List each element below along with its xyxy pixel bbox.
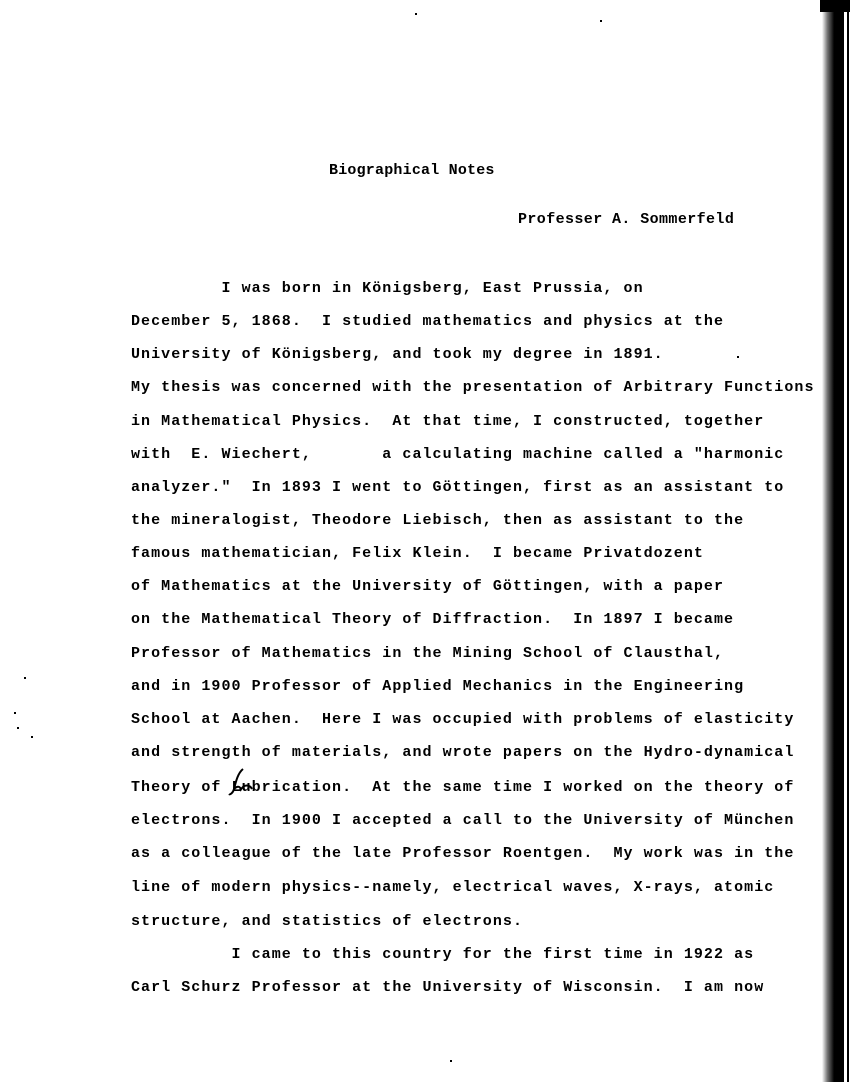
text-line: December 5, 1868. I studied mathematics … xyxy=(131,313,724,331)
text-line: famous mathematician, Felix Klein. I bec… xyxy=(131,545,704,563)
handwritten-correction: Lub xyxy=(232,779,262,797)
scan-speck xyxy=(24,677,26,679)
text-line: and in 1900 Professor of Applied Mechani… xyxy=(131,678,744,696)
document-title: Biographical Notes xyxy=(329,162,495,179)
scan-edge-rule xyxy=(847,0,849,1082)
document-author: Professer A. Sommerfeld xyxy=(518,211,734,228)
scan-speck xyxy=(17,727,19,729)
text-line: the mineralogist, Theodore Liebisch, the… xyxy=(131,512,744,530)
text-line: on the Mathematical Theory of Diffractio… xyxy=(131,611,734,629)
text-line: electrons. In 1900 I accepted a call to … xyxy=(131,812,794,830)
text-line: as a colleague of the late Professor Roe… xyxy=(131,845,794,863)
text-line: structure, and statistics of electrons. xyxy=(131,913,523,931)
scan-edge-top xyxy=(820,0,850,12)
handwritten-ink-icon xyxy=(228,767,254,797)
scan-speck xyxy=(14,712,16,714)
scan-speck xyxy=(415,13,417,15)
scan-speck xyxy=(600,20,602,22)
text-line-with-correction: Theory of Lubrication. At the same time … xyxy=(131,779,794,797)
document-page: Biographical Notes Professer A. Sommerfe… xyxy=(0,0,850,1082)
text-line: analyzer." In 1893 I went to Göttingen, … xyxy=(131,479,784,497)
text-line: My thesis was concerned with the present… xyxy=(131,379,815,397)
text-line: Carl Schurz Professor at the University … xyxy=(131,979,764,997)
scan-edge-dark xyxy=(822,0,844,1082)
line-suffix: rication. At the same time I worked on t… xyxy=(262,779,795,796)
text-line: University of Königsberg, and took my de… xyxy=(131,346,664,364)
text-line: with E. Wiechert, a calculating machine … xyxy=(131,446,784,464)
scan-speck xyxy=(450,1060,452,1062)
scan-speck xyxy=(31,736,33,738)
text-line: I was born in Königsberg, East Prussia, … xyxy=(131,280,644,298)
text-line: of Mathematics at the University of Gött… xyxy=(131,578,724,596)
line-prefix: Theory of xyxy=(131,779,232,796)
text-line: School at Aachen. Here I was occupied wi… xyxy=(131,711,794,729)
scan-edge-shadow xyxy=(814,0,850,1082)
text-line: in Mathematical Physics. At that time, I… xyxy=(131,413,764,431)
text-line: Professor of Mathematics in the Mining S… xyxy=(131,645,724,663)
text-line: line of modern physics--namely, electric… xyxy=(131,879,774,897)
text-line: I came to this country for the first tim… xyxy=(131,946,754,964)
scan-speck xyxy=(737,356,739,358)
text-line: and strength of materials, and wrote pap… xyxy=(131,744,794,762)
